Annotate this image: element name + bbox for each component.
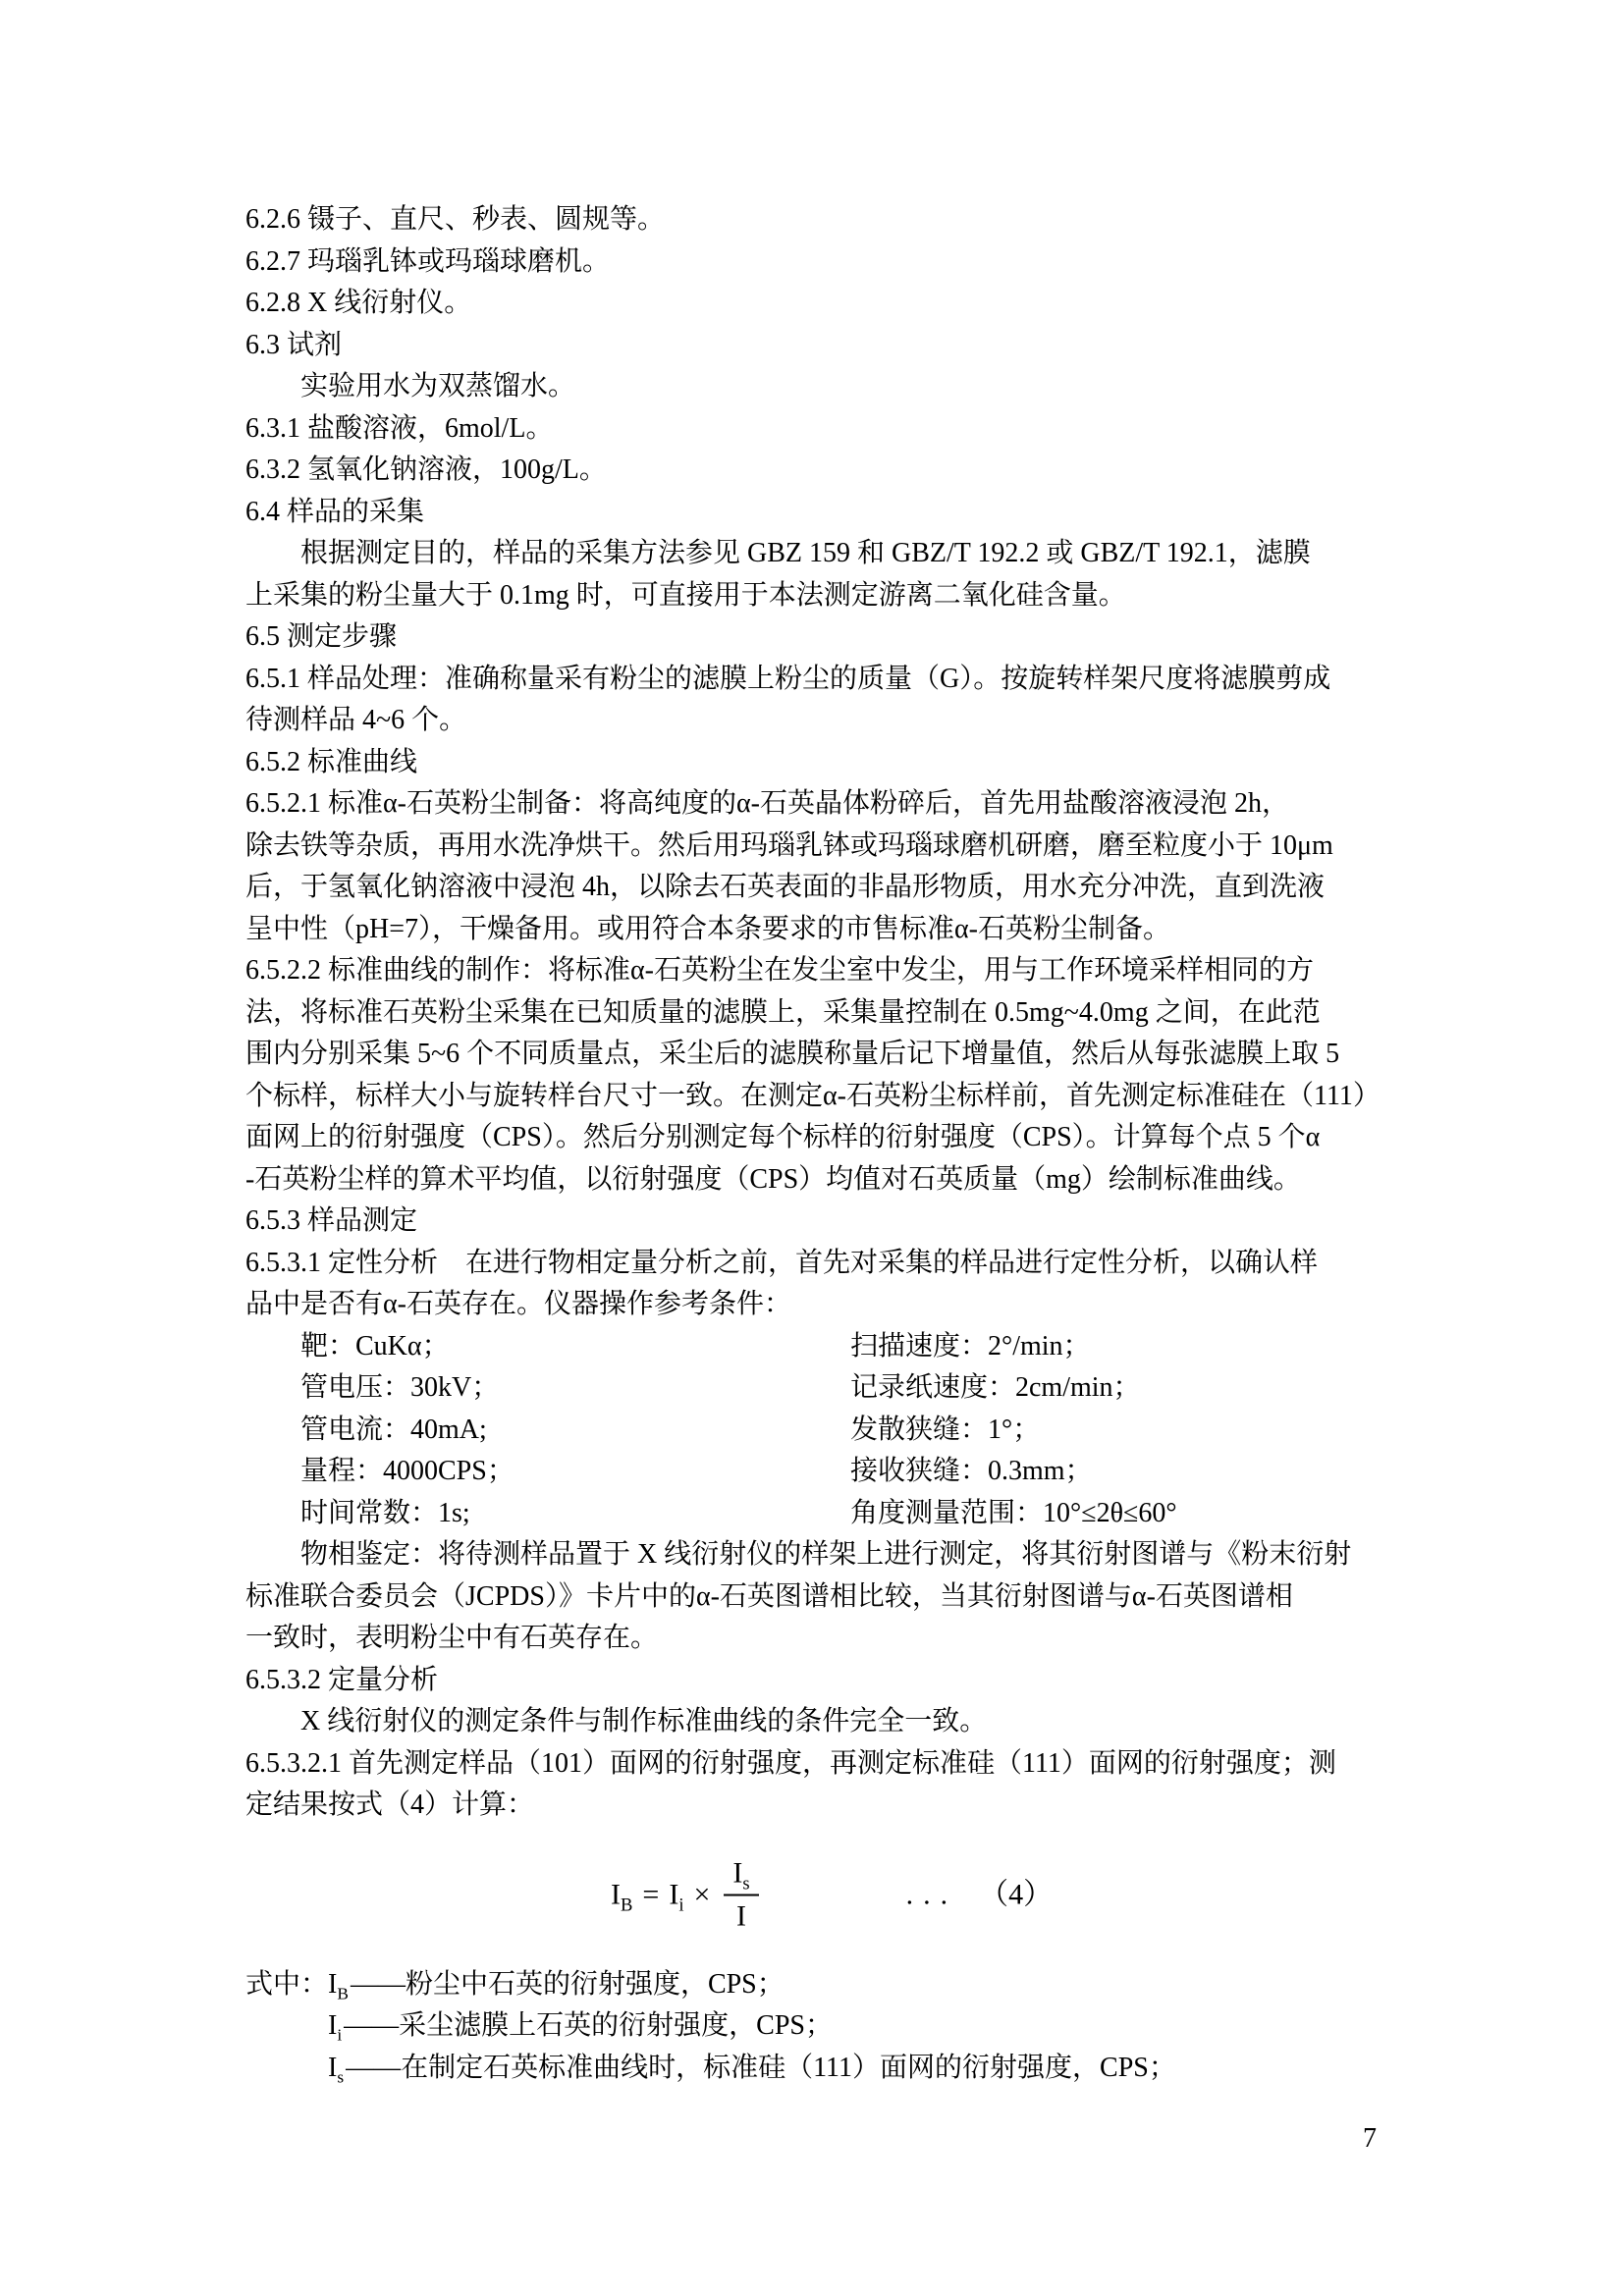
equation-4-block: IB = Ii × Is I ... （4） (245, 1827, 1473, 1964)
text-line: 靶：CuKα； (300, 1326, 514, 1368)
text-line: 6.5.2.2 标准曲线的制作：将标准α-石英粉尘在发尘室中发尘，用与工作环境采… (245, 950, 1473, 992)
text-line: 定结果按式（4）计算： (245, 1785, 1473, 1827)
equation-4: IB = Ii × Is I ... （4） (245, 1856, 1053, 1934)
text-line: 扫描速度：2°/min； (850, 1326, 1177, 1368)
symbol-definitions: 式中：IB——粉尘中石英的衍射强度，CPS；Ii——采尘滤膜上石英的衍射强度，C… (245, 1964, 1473, 2090)
text-line: 6.2.8 X 线衍射仪。 (245, 283, 1473, 325)
text-line: 6.5.2.1 标准α-石英粉尘制备：将高纯度的α-石英晶体粉碎后，首先用盐酸溶… (245, 783, 1473, 826)
document-body: 6.2.6 镊子、直尺、秒表、圆规等。6.2.7 玛瑙乳钵或玛瑙球磨机。6.2.… (245, 199, 1473, 2089)
text-line: 个标样，标样大小与旋转样台尺寸一致。在测定α-石英粉尘标样前，首先测定标准硅在（… (245, 1076, 1473, 1118)
text-line: 时间常数：1s; (300, 1493, 514, 1535)
text-line: 法，将标准石英粉尘采集在已知质量的滤膜上，采集量控制在 0.5mg~4.0mg … (245, 992, 1473, 1035)
text-line: 6.4 样品的采集 (245, 492, 1473, 534)
body-text-top: 6.2.6 镊子、直尺、秒表、圆规等。6.2.7 玛瑙乳钵或玛瑙球磨机。6.2.… (245, 199, 1473, 1326)
text-line: 发散狭缝：1°； (850, 1410, 1177, 1452)
text-line: 6.2.6 镊子、直尺、秒表、圆规等。 (245, 199, 1473, 241)
text-line: 6.3.2 氢氧化钠溶液，100g/L。 (245, 450, 1473, 492)
text-line: X 线衍射仪的测定条件与制作标准曲线的条件完全一致。 (245, 1701, 1473, 1743)
text-line: 品中是否有α-石英存在。仪器操作参考条件： (245, 1284, 1473, 1326)
document-page: 6.2.6 镊子、直尺、秒表、圆规等。6.2.7 玛瑙乳钵或玛瑙球磨机。6.2.… (0, 0, 1624, 2296)
text-line: 实验用水为双蒸馏水。 (245, 366, 1473, 408)
fraction-denominator: I (736, 1896, 746, 1935)
equation-expression: IB = Ii × Is I (611, 1856, 759, 1934)
formula-fraction: Is I (724, 1856, 758, 1934)
text-line: 6.2.7 玛瑙乳钵或玛瑙球磨机。 (245, 241, 1473, 284)
conditions-left-column: 靶：CuKα；管电压：30kV；管电流：40mA;量程：4000CPS；时间常数… (300, 1326, 514, 1535)
formula-rhs-term: Ii (669, 1881, 683, 1910)
text-line: 6.3 试剂 (245, 325, 1473, 367)
symbol-definition: Is——在制定石英标准曲线时，标准硅（111）面网的衍射强度，CPS； (245, 2048, 1473, 2090)
conditions-right-column: 扫描速度：2°/min；记录纸速度：2cm/min；发散狭缝：1°；接收狭缝：0… (850, 1326, 1177, 1535)
text-line: 管电流：40mA; (300, 1410, 514, 1452)
symbol-definition: 式中：IB——粉尘中石英的衍射强度，CPS； (245, 1964, 1473, 2006)
text-line: 呈中性（pH=7），干燥备用。或用符合本条要求的市售标准α-石英粉尘制备。 (245, 909, 1473, 951)
text-line: 上采集的粉尘量大于 0.1mg 时，可直接用于本法测定游离二氧化硅含量。 (245, 575, 1473, 617)
text-line: 6.5 测定步骤 (245, 616, 1473, 659)
text-line: 待测样品 4~6 个。 (245, 700, 1473, 742)
text-line: 物相鉴定：将待测样品置于 X 线衍射仪的样架上进行测定，将其衍射图谱与《粉末衍射 (245, 1534, 1473, 1576)
text-line: 面网上的衍射强度（CPS）。然后分别测定每个标样的衍射强度（CPS）。计算每个点… (245, 1117, 1473, 1159)
definition-prefix: 式中： (245, 1969, 328, 2000)
text-line: 除去铁等杂质，再用水洗净烘干。然后用玛瑙乳钵或玛瑙球磨机研磨，磨至粒度小于 10… (245, 826, 1473, 868)
text-line: 角度测量范围：10°≤2θ≤60° (850, 1493, 1177, 1535)
definition-description: ——在制定石英标准曲线时，标准硅（111）面网的衍射强度，CPS； (346, 2053, 1176, 2083)
body-text-mid: 物相鉴定：将待测样品置于 X 线衍射仪的样架上进行测定，将其衍射图谱与《粉末衍射… (245, 1534, 1473, 1827)
text-line: 6.5.2 标准曲线 (245, 742, 1473, 784)
formula-lhs: IB (611, 1881, 632, 1910)
definition-description: ——采尘滤膜上石英的衍射强度，CPS； (344, 2010, 833, 2041)
equation-number: （4） (979, 1881, 1053, 1910)
text-line: 6.5.3.1 定性分析 在进行物相定量分析之前，首先对采集的样品进行定性分析，… (245, 1243, 1473, 1285)
text-line: 6.3.1 盐酸溶液，6mol/L。 (245, 408, 1473, 451)
text-line: 6.5.3.2 定量分析 (245, 1660, 1473, 1702)
text-line: 围内分别采集 5~6 个不同质量点，采尘后的滤膜称量后记下增量值，然后从每张滤膜… (245, 1034, 1473, 1076)
text-line: 后，于氢氧化钠溶液中浸泡 4h，以除去石英表面的非晶形物质，用水充分冲洗，直到洗… (245, 867, 1473, 909)
page-number: 7 (1363, 2118, 1377, 2161)
text-line: 一致时，表明粉尘中有石英存在。 (245, 1618, 1473, 1660)
equals-sign: = (642, 1881, 659, 1910)
text-line: 管电压：30kV； (300, 1367, 514, 1410)
text-line: 标准联合委员会（JCPDS）》卡片中的α-石英图谱相比较，当其衍射图谱与α-石英… (245, 1576, 1473, 1619)
instrument-conditions: 靶：CuKα；管电压：30kV；管电流：40mA;量程：4000CPS；时间常数… (245, 1326, 1473, 1535)
definition-symbol: Is (328, 2053, 344, 2083)
symbol-definition: Ii——采尘滤膜上石英的衍射强度，CPS； (245, 2005, 1473, 2048)
text-line: 记录纸速度：2cm/min； (850, 1367, 1177, 1410)
text-line: 接收狭缝：0.3mm； (850, 1451, 1177, 1493)
fraction-numerator: Is (724, 1856, 758, 1896)
text-line: 6.5.3 样品测定 (245, 1201, 1473, 1243)
definition-description: ——粉尘中石英的衍射强度，CPS； (351, 1969, 785, 2000)
text-line: 6.5.3.2.1 首先测定样品（101）面网的衍射强度，再测定标准硅（111）… (245, 1743, 1473, 1786)
text-line: -石英粉尘样的算术平均值，以衍射强度（CPS）均值对石英质量（mg）绘制标准曲线… (245, 1159, 1473, 1201)
definition-symbol: Ii (328, 2010, 342, 2041)
multiply-sign: × (694, 1881, 711, 1910)
equation-dots: ... (906, 1881, 958, 1910)
text-line: 根据测定目的，样品的采集方法参见 GBZ 159 和 GBZ/T 192.2 或… (245, 533, 1473, 575)
text-line: 6.5.1 样品处理：准确称量采有粉尘的滤膜上粉尘的质量（G）。按旋转样架尺度将… (245, 659, 1473, 701)
text-line: 量程：4000CPS； (300, 1451, 514, 1493)
definition-symbol: IB (328, 1969, 349, 2000)
